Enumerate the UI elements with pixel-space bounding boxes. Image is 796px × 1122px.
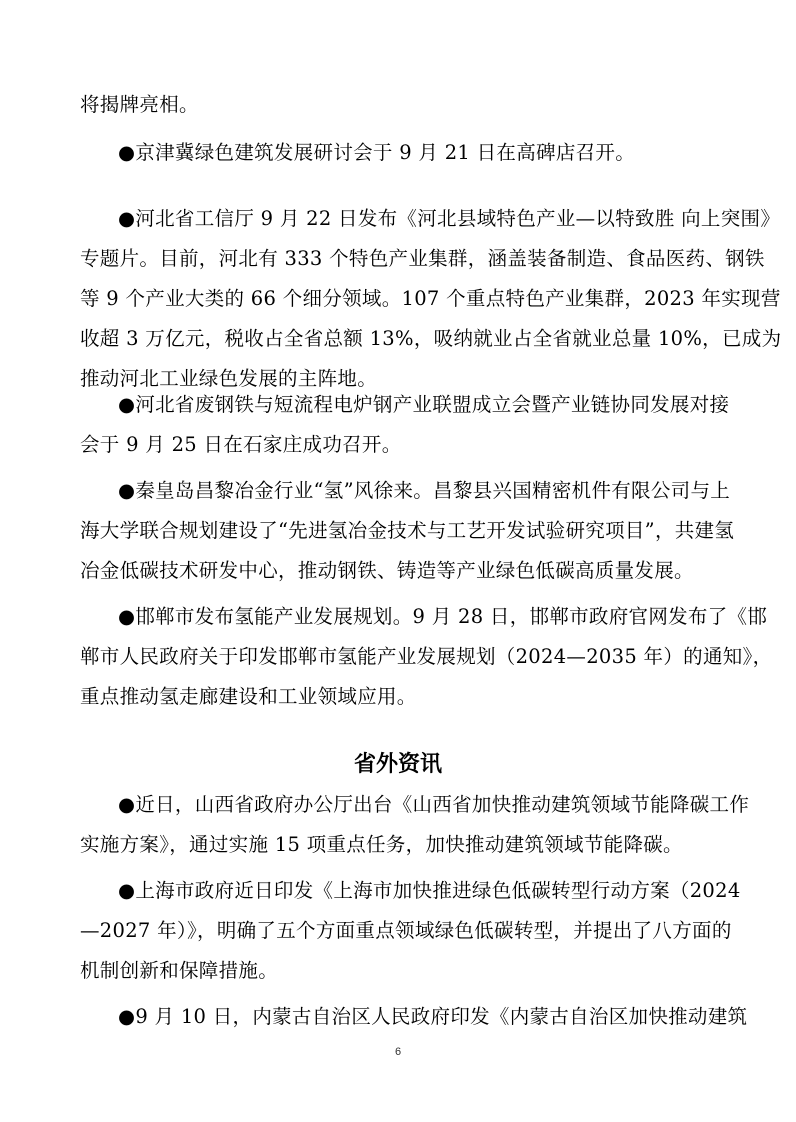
section-heading: 省外资讯 (80, 747, 716, 778)
paragraph-line: 机制创新和保障措施。 (80, 958, 716, 984)
paragraph-line: ●上海市政府近日印发《上海市加快推进绿色低碳转型行动方案（2024 (118, 878, 716, 904)
paragraph-line: 推动河北工业绿色发展的主阵地。 (80, 366, 716, 392)
paragraph-line: 重点推动氢走廊建设和工业领域应用。 (80, 684, 716, 710)
paragraph-line: ●9 月 10 日，内蒙古自治区人民政府印发《内蒙古自治区加快推动建筑 (118, 1004, 716, 1030)
paragraph-line: ●河北省工信厅 9 月 22 日发布《河北县域特色产业—以特致胜 向上突围》 (118, 206, 716, 232)
page-number: 6 (0, 1046, 796, 1058)
paragraph-line: 郸市人民政府关于印发邯郸市氢能产业发展规划（2024—2035 年）的通知》， (80, 644, 716, 670)
paragraph-line: ●河北省废钢铁与短流程电炉钢产业联盟成立会暨产业链协同发展对接 (118, 392, 716, 418)
paragraph-line: 冶金低碳技术研发中心，推动钢铁、铸造等产业绿色低碳高质量发展。 (80, 558, 716, 584)
paragraph-line: ●秦皇岛昌黎冶金行业“氢”风徐来。昌黎县兴国精密机件有限公司与上 (118, 478, 716, 504)
paragraph-line: 海大学联合规划建设了“先进氢冶金技术与工艺开发试验研究项目”，共建氢 (80, 518, 716, 544)
paragraph-line: 将揭牌亮相。 (80, 92, 716, 118)
paragraph-line: ●近日，山西省政府办公厅出台《山西省加快推动建筑领域节能降碳工作 (118, 792, 716, 818)
paragraph-line: 会于 9 月 25 日在石家庄成功召开。 (80, 432, 716, 458)
paragraph-line: ●京津冀绿色建筑发展研讨会于 9 月 21 日在高碑店召开。 (118, 140, 716, 166)
paragraph-line: 专题片。目前，河北有 333 个特色产业集群，涵盖装备制造、食品医药、钢铁 (80, 246, 716, 272)
paragraph-line: 收超 3 万亿元，税收占全省总额 13%，吸纳就业占全省就业总量 10%，已成为 (80, 326, 716, 352)
paragraph-line: 等 9 个产业大类的 66 个细分领域。107 个重点特色产业集群，2023 年… (80, 286, 716, 312)
paragraph-line: 实施方案》，通过实施 15 项重点任务，加快推动建筑领域节能降碳。 (80, 832, 716, 858)
paragraph-line: ●邯郸市发布氢能产业发展规划。9 月 28 日，邯郸市政府官网发布了《邯 (118, 604, 716, 630)
paragraph-line: —2027 年）》，明确了五个方面重点领域绿色低碳转型，并提出了八方面的 (80, 918, 716, 944)
